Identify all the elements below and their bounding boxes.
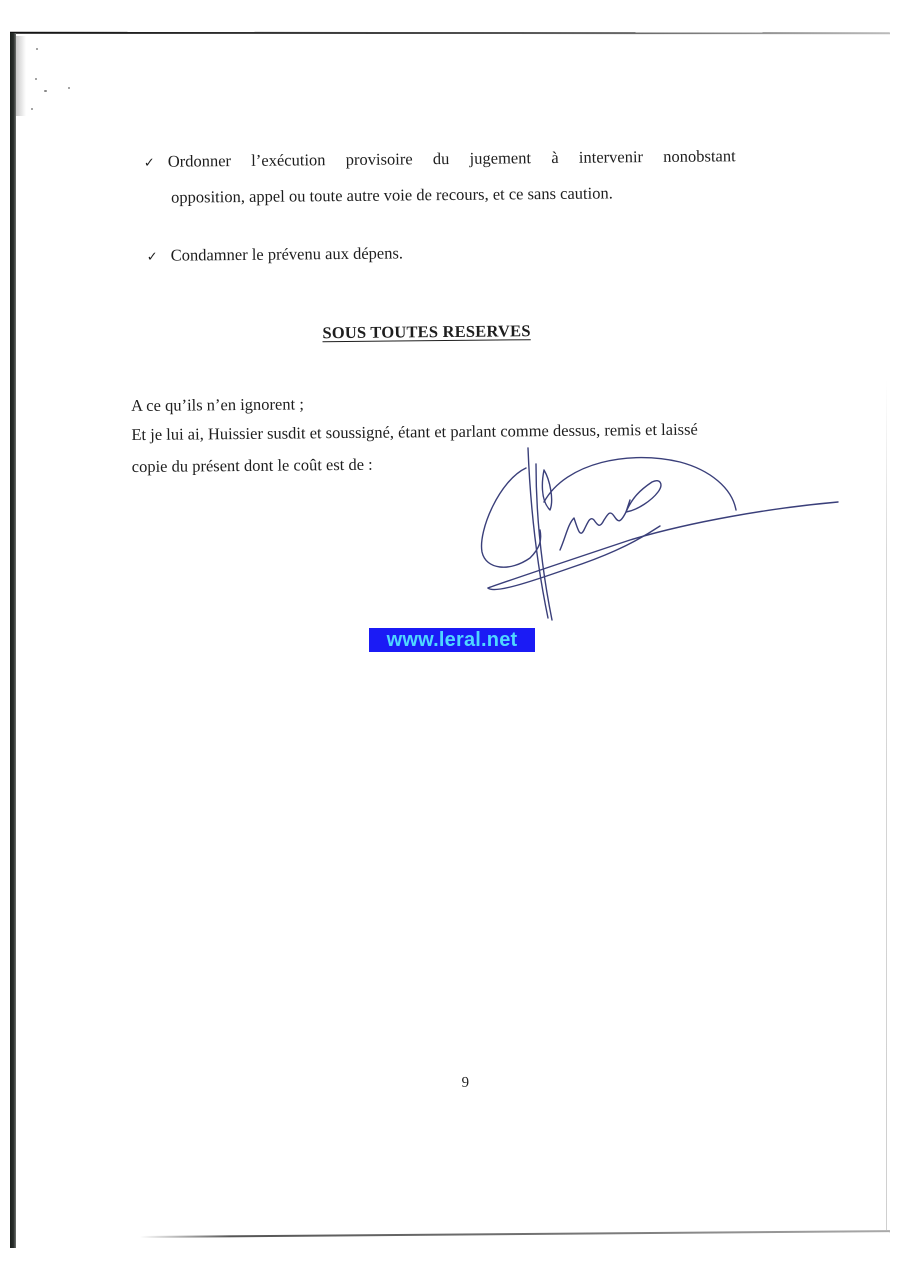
word: nonobstant: [663, 139, 736, 176]
word: jugement: [469, 141, 531, 178]
word: du: [433, 142, 450, 178]
signature-stroke: [488, 526, 660, 590]
page-number: 9: [462, 1075, 470, 1092]
watermark-link[interactable]: www.leral.net: [369, 628, 535, 652]
bullet-item-depens: ✓Condamner le prévenu aux dépens.: [147, 234, 647, 275]
signature: [470, 440, 840, 625]
word: à: [551, 141, 559, 177]
signature-stroke: [626, 481, 661, 512]
bullet-line-1: ✓Ordonner l’exécution provisoire du juge…: [144, 139, 736, 181]
bullet-line-2: opposition, appel ou toute autre voie de…: [144, 175, 744, 215]
signature-stroke: [528, 448, 548, 618]
paragraph-line: copie du présent dont le coût est de :: [132, 453, 373, 479]
word: l’exécution: [251, 143, 326, 180]
paragraph-line: A ce qu’ils n’en ignorent ;: [131, 392, 304, 418]
section-heading: SOUS TOUTES RESERVES: [322, 321, 530, 343]
signature-stroke: [544, 458, 736, 510]
bullet-item-execution: ✓Ordonner l’exécution provisoire du juge…: [144, 139, 745, 215]
word: provisoire: [346, 142, 413, 179]
check-mark-icon: ✓: [147, 241, 171, 275]
signature-stroke: [542, 470, 551, 510]
signature-stroke: [482, 468, 541, 567]
bullet-text: Condamner le prévenu aux dépens.: [171, 243, 403, 264]
check-mark-icon: ✓Ordonner: [144, 144, 232, 181]
word: intervenir: [579, 140, 643, 177]
